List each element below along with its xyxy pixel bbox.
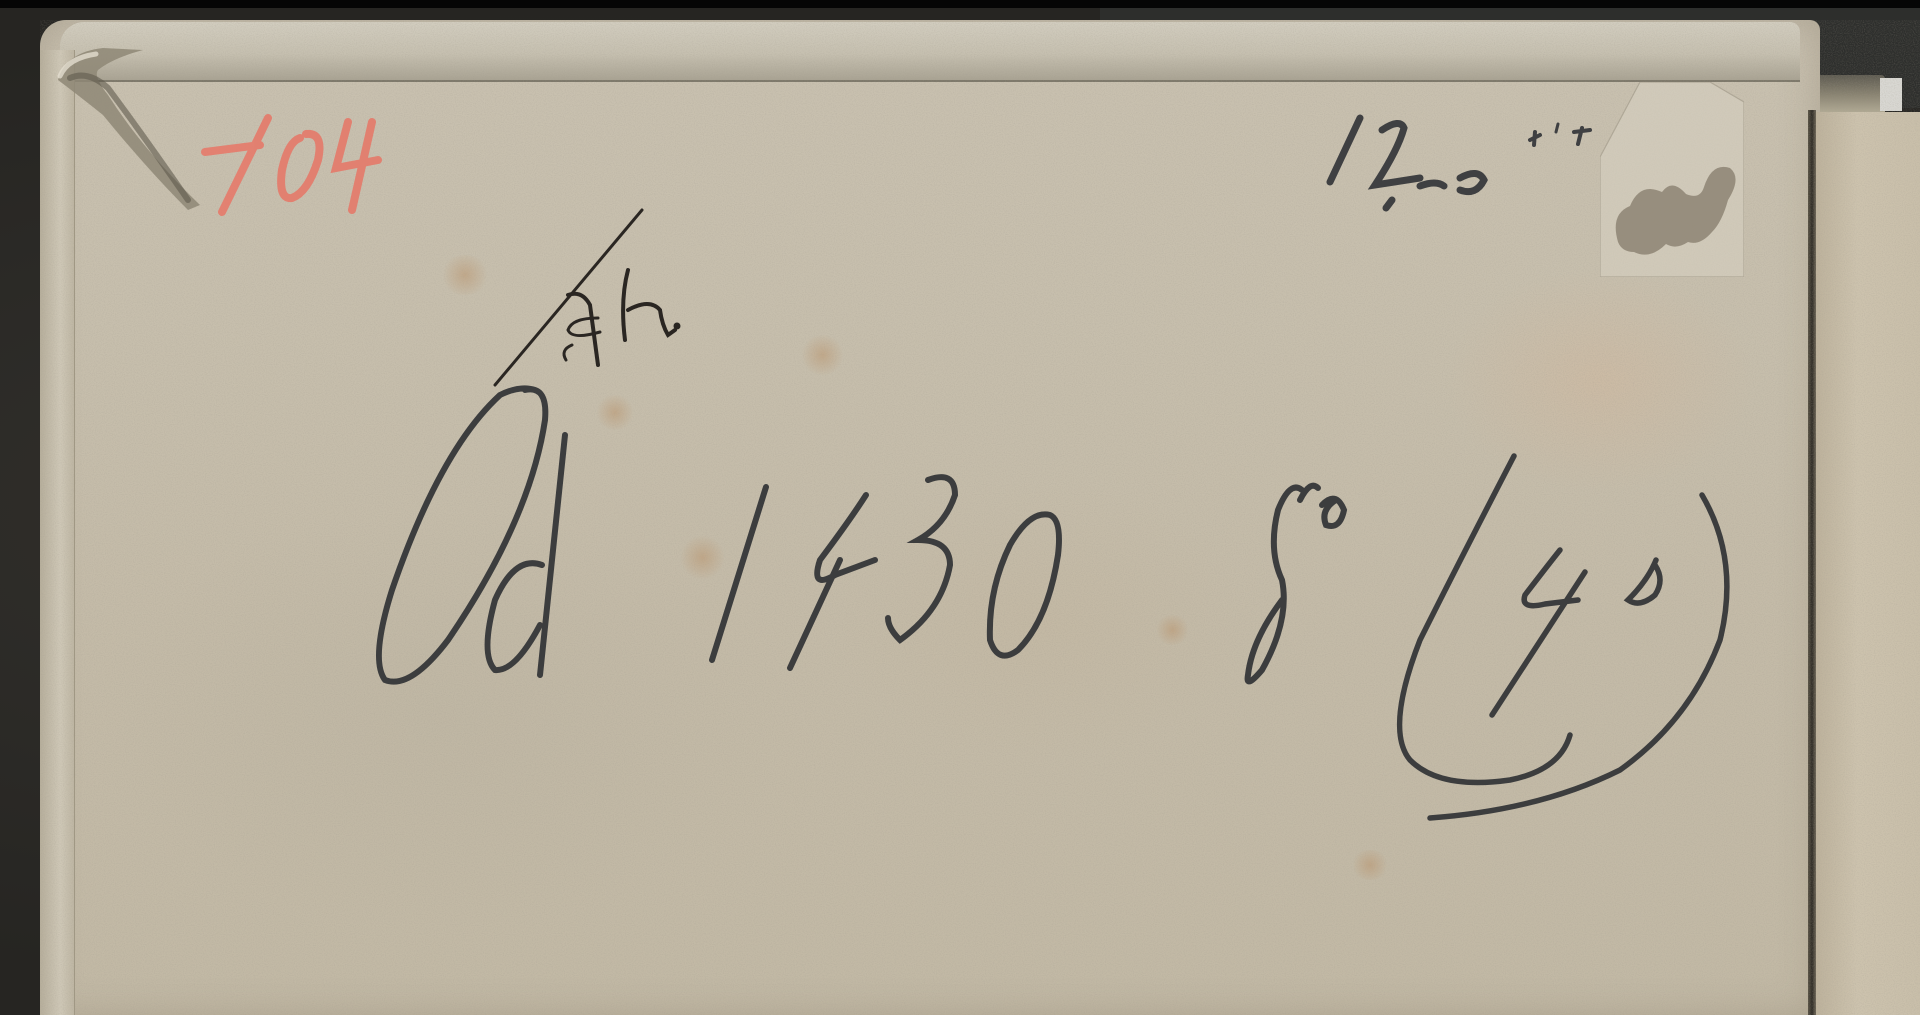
adjacent-page-edge bbox=[1816, 112, 1920, 1015]
foxing-stain bbox=[440, 255, 490, 295]
foxing-stain bbox=[1350, 850, 1390, 880]
foxing-stain bbox=[1155, 615, 1190, 645]
foxing-stain bbox=[800, 335, 845, 375]
foxing-stain bbox=[595, 395, 635, 430]
book-photo-scene: 704 12,00 ++ Ah. Od 1430 8° 4° bbox=[0, 0, 1920, 1015]
tape-patch bbox=[1600, 82, 1744, 277]
cover-edge-gap bbox=[1808, 110, 1816, 1015]
worn-corner bbox=[48, 40, 208, 210]
white-paper-tab bbox=[1880, 78, 1902, 111]
foxing-stain bbox=[680, 535, 725, 580]
book-cover bbox=[40, 20, 1820, 1015]
top-black-border bbox=[0, 0, 1920, 8]
cover-top-turn-in bbox=[60, 22, 1800, 82]
